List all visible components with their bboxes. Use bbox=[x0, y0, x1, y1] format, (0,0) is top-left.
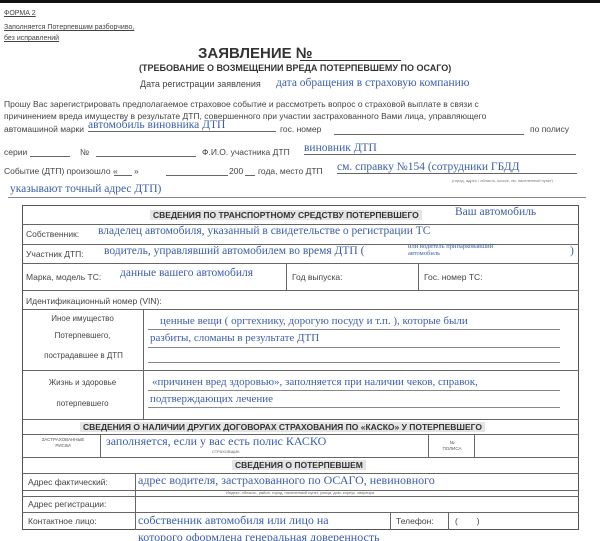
place-hint: (город, адрес / область, шоссе, км, насе… bbox=[452, 178, 553, 183]
kasko-section-heading: СВЕДЕНИЯ О НАЛИЧИИ ДРУГИХ ДОГОВОРАХ СТРА… bbox=[80, 422, 485, 432]
plate-label: Гос. номер ТС: bbox=[424, 272, 483, 282]
place-underline bbox=[8, 197, 586, 198]
contact-label: Контактное лицо: bbox=[28, 516, 97, 526]
reg-address-field[interactable] bbox=[138, 497, 576, 511]
row-divider bbox=[22, 263, 579, 264]
policy-no-label-1: № bbox=[450, 440, 455, 445]
health-label-1: Жизнь и здоровье bbox=[40, 378, 125, 387]
fill-note-line1: Заполняется Потерпевшим разборчиво, bbox=[4, 24, 134, 31]
contact-field-continued: которого оформлена генеральная доверенно… bbox=[138, 530, 380, 541]
place-field[interactable]: см. справку №154 (сотрудники ГБДД bbox=[337, 161, 577, 174]
other-property-value-1[interactable]: ценные вещи ( оргтехнику, дорогую посуду… bbox=[160, 315, 468, 327]
other-property-label-1: Иное имущество bbox=[40, 314, 125, 323]
number-field[interactable] bbox=[96, 156, 196, 157]
row-divider bbox=[22, 370, 579, 371]
cell-divider bbox=[143, 309, 144, 419]
kasko-field[interactable]: заполняется, если у вас есть полис КАСКО bbox=[106, 434, 326, 449]
place-label: года, место ДТП bbox=[258, 166, 323, 176]
policy-no-field[interactable] bbox=[476, 436, 576, 456]
insured-risks-label-2: РИСКИ bbox=[55, 443, 70, 448]
field-underline bbox=[148, 347, 560, 348]
series-label: серии bbox=[4, 147, 27, 157]
number-label: № bbox=[80, 147, 89, 157]
victim-section-heading: СВЕДЕНИЯ О ПОТЕРПЕВШЕМ bbox=[232, 460, 366, 470]
insurer-hint: СТРАХОВЩИК bbox=[212, 449, 240, 454]
cell-divider bbox=[135, 473, 136, 530]
model-field[interactable]: данные вашего автомобиля bbox=[120, 267, 253, 279]
policy-no-label-2: ПОЛИСА bbox=[442, 446, 461, 451]
actual-address-field[interactable]: адрес водителя, застрахованного по ОСАГО… bbox=[138, 473, 435, 488]
event-month-field[interactable] bbox=[166, 175, 228, 176]
participant-note: или водитель припарковавшийавтомобиль bbox=[408, 243, 493, 257]
page-subtitle: (ТРЕБОВАНИЕ О ВОЗМЕЩЕНИИ ВРЕДА ПОТЕРПЕВШ… bbox=[139, 63, 451, 73]
reg-date-value: дата обращения в страховую компанию bbox=[276, 77, 469, 89]
gos-number-field[interactable] bbox=[334, 134, 524, 135]
place-field-continued: указывают точный адрес ДТП) bbox=[10, 183, 161, 195]
other-property-value-2[interactable]: разбиты, сломаны в результате ДТП bbox=[150, 332, 319, 344]
field-underline bbox=[148, 390, 560, 391]
cell-divider bbox=[100, 434, 101, 457]
insured-risks-label: ЗАСТРАХОВАННЫЕРИСКИ bbox=[30, 437, 96, 449]
participant-note-line1: или водитель припарковавший bbox=[408, 243, 493, 250]
phone-field[interactable]: ( ) bbox=[455, 516, 480, 526]
gos-number-label: гос. номер bbox=[280, 124, 321, 134]
contact-field[interactable]: собственник автомобиля или лицо на bbox=[138, 513, 329, 528]
cell-divider bbox=[286, 263, 287, 290]
actual-address-label: Адрес фактический: bbox=[28, 477, 108, 487]
form-label: ФОРМА 2 bbox=[4, 10, 36, 17]
cell-divider bbox=[418, 263, 419, 290]
car-brand-label: автомашиной марки bbox=[4, 124, 84, 134]
field-underline bbox=[148, 407, 560, 408]
cell-divider bbox=[448, 512, 449, 530]
health-value-2[interactable]: подтверждающих лечение bbox=[150, 393, 273, 405]
model-label: Марка, модель ТС: bbox=[26, 272, 101, 282]
cell-divider bbox=[474, 434, 475, 457]
row-divider bbox=[22, 419, 579, 420]
field-underline bbox=[148, 362, 560, 363]
participant-close: ) bbox=[570, 245, 574, 257]
owner-field[interactable]: владелец автомобиля, указанный в свидете… bbox=[98, 225, 430, 237]
year-label: 200 bbox=[229, 166, 243, 176]
vehicle-section-heading: СВЕДЕНИЯ ПО ТРАНСПОРТНОМУ СРЕДСТВУ ПОТЕР… bbox=[150, 210, 422, 220]
health-label-2: потерпевшего bbox=[40, 399, 125, 408]
owner-label: Собственник: bbox=[26, 229, 79, 239]
paragraph-line1: Прошу Вас зарегистрировать предполагаемо… bbox=[4, 99, 479, 109]
reg-date-label: Дата регистрации заявления bbox=[140, 79, 261, 89]
row-divider bbox=[22, 290, 579, 291]
other-property-label-2: Потерпевшего, bbox=[40, 331, 125, 340]
cell-divider bbox=[390, 512, 391, 530]
title-number-line bbox=[300, 60, 401, 61]
address-hint: Индекс, область, район, город, населенны… bbox=[226, 490, 374, 495]
fio-label: Ф.И.О. участника ДТП bbox=[202, 147, 290, 157]
row-divider bbox=[22, 457, 579, 458]
event-year-field[interactable] bbox=[245, 175, 255, 176]
vehicle-heading-note: Ваш автомобиль bbox=[455, 206, 536, 218]
vin-label: Идентификационный номер (VIN): bbox=[26, 296, 162, 306]
participant-note-line2: автомобиль bbox=[408, 250, 440, 257]
reg-address-label: Адрес регистрации: bbox=[28, 499, 106, 509]
cell-divider bbox=[428, 434, 429, 457]
health-value-1[interactable]: «причинен вред здоровью», заполняется пр… bbox=[152, 376, 478, 388]
fill-note-line2: без исправлений bbox=[4, 35, 59, 42]
field-underline bbox=[148, 329, 560, 330]
event-label: Событие (ДТП) произошло « bbox=[4, 166, 118, 176]
event-quote-close: » bbox=[134, 166, 139, 176]
page-title: ЗАЯВЛЕНИЕ № bbox=[198, 45, 313, 62]
row-divider bbox=[22, 309, 579, 310]
car-brand-field[interactable]: автомобиль виновника ДТП bbox=[88, 119, 276, 132]
event-day-field[interactable] bbox=[114, 175, 132, 176]
top-border bbox=[0, 0, 600, 3]
fio-field[interactable]: виновник ДТП bbox=[304, 142, 576, 155]
participant-field[interactable]: водитель, управлявший автомобилем во вре… bbox=[104, 245, 364, 257]
phone-label: Телефон: bbox=[396, 516, 434, 526]
policy-label: по полису bbox=[530, 124, 569, 134]
series-field[interactable] bbox=[30, 156, 70, 157]
policy-no-label: №ПОЛИСА bbox=[432, 440, 472, 452]
other-property-label-3: пострадавшее в ДТП bbox=[36, 351, 131, 360]
participant-label: Участник ДТП: bbox=[26, 249, 84, 259]
year-of-manufacture-label: Год выпуска: bbox=[292, 272, 343, 282]
insured-risks-label-1: ЗАСТРАХОВАННЫЕ bbox=[42, 437, 85, 442]
